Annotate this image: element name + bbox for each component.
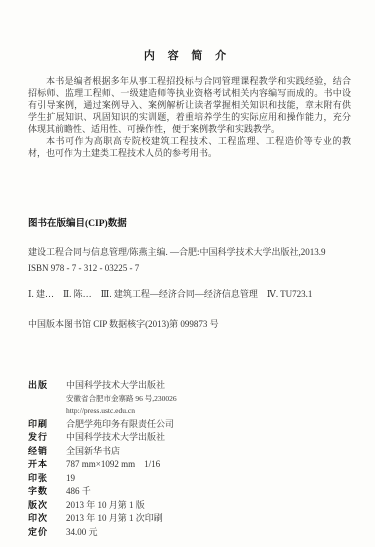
pub-row-seller: 经销 全国新华书店 <box>28 445 351 459</box>
pub-label: 定价 <box>28 526 54 540</box>
intro-paragraph-2: 本书可作为高职高专院校建筑工程技术、工程监理、工程造价等专业的教材，也可作为土建… <box>28 135 351 159</box>
pub-value: 34.00 元 <box>66 526 98 540</box>
pub-label: 版次 <box>28 499 54 513</box>
pub-label: 印次 <box>28 512 54 526</box>
cip-classification: Ⅰ. 建… Ⅱ. 陈… Ⅲ. 建筑工程—经济合同—经济信息管理 Ⅳ. TU723… <box>28 287 351 300</box>
pub-value: 全国新华书店 <box>66 445 120 459</box>
pub-value: 2013 年 10 月第 1 版 <box>66 499 145 513</box>
pub-label: 发行 <box>28 431 54 445</box>
pub-value: 19 <box>66 472 75 486</box>
pub-label: 印张 <box>28 472 54 486</box>
pub-label: 经销 <box>28 445 54 459</box>
pub-row-distributor: 发行 中国科学技术大学出版社 <box>28 431 351 445</box>
publisher-address: 安徽省合肥市金寨路 96 号,230026 <box>66 393 351 406</box>
pub-row-sheets: 印张 19 <box>28 472 351 486</box>
pub-value: 中国科学技术大学出版社 <box>66 379 165 393</box>
pub-row-price: 定价 34.00 元 <box>28 526 351 540</box>
pub-value: 合肥学苑印务有限责任公司 <box>66 418 174 432</box>
pub-value: 486 千 <box>66 485 91 499</box>
pub-row-edition: 版次 2013 年 10 月第 1 版 <box>28 499 351 513</box>
cip-registry: 中国版本图书馆 CIP 数据核字(2013)第 099873 号 <box>28 317 351 330</box>
pub-row-format: 开本 787 mm×1092 mm 1/16 <box>28 458 351 472</box>
pub-label: 印刷 <box>28 418 54 432</box>
cip-heading: 图书在版编目(CIP)数据 <box>28 215 351 229</box>
pub-row-impression: 印次 2013 年 10 月第 1 次印刷 <box>28 512 351 526</box>
pub-label: 出版 <box>28 379 54 393</box>
pub-label: 字数 <box>28 485 54 499</box>
pub-value: 2013 年 10 月第 1 次印刷 <box>66 512 163 526</box>
pub-row-wordcount: 字数 486 千 <box>28 485 351 499</box>
publication-info: 出版 中国科学技术大学出版社 安徽省合肥市金寨路 96 号,230026 htt… <box>28 379 351 539</box>
pub-row-printer: 印刷 合肥学苑印务有限责任公司 <box>28 418 351 432</box>
publisher-url: http://press.ustc.edu.cn <box>66 405 351 418</box>
cip-isbn: ISBN 978 - 7 - 312 - 03225 - 7 <box>28 260 351 276</box>
intro-paragraph-1: 本书是编者根据多年从事工程招投标与合同管理课程教学和实践经验，结合招标师、监理工… <box>28 75 351 135</box>
copyright-page: 内 容 简 介 本书是编者根据多年从事工程招投标与合同管理课程教学和实践经验，结… <box>0 0 375 547</box>
pub-label: 开本 <box>28 458 54 472</box>
cip-block: 图书在版编目(CIP)数据 建设工程合同与信息管理/陈燕主编. —合肥:中国科学… <box>28 215 351 330</box>
pub-value: 787 mm×1092 mm 1/16 <box>66 458 160 472</box>
intro-title: 内 容 简 介 <box>28 47 347 63</box>
cip-entry: 建设工程合同与信息管理/陈燕主编. —合肥:中国科学技术大学出版社,2013.9 <box>28 244 351 260</box>
pub-row-publisher: 出版 中国科学技术大学出版社 <box>28 379 351 393</box>
pub-value: 中国科学技术大学出版社 <box>66 431 165 445</box>
